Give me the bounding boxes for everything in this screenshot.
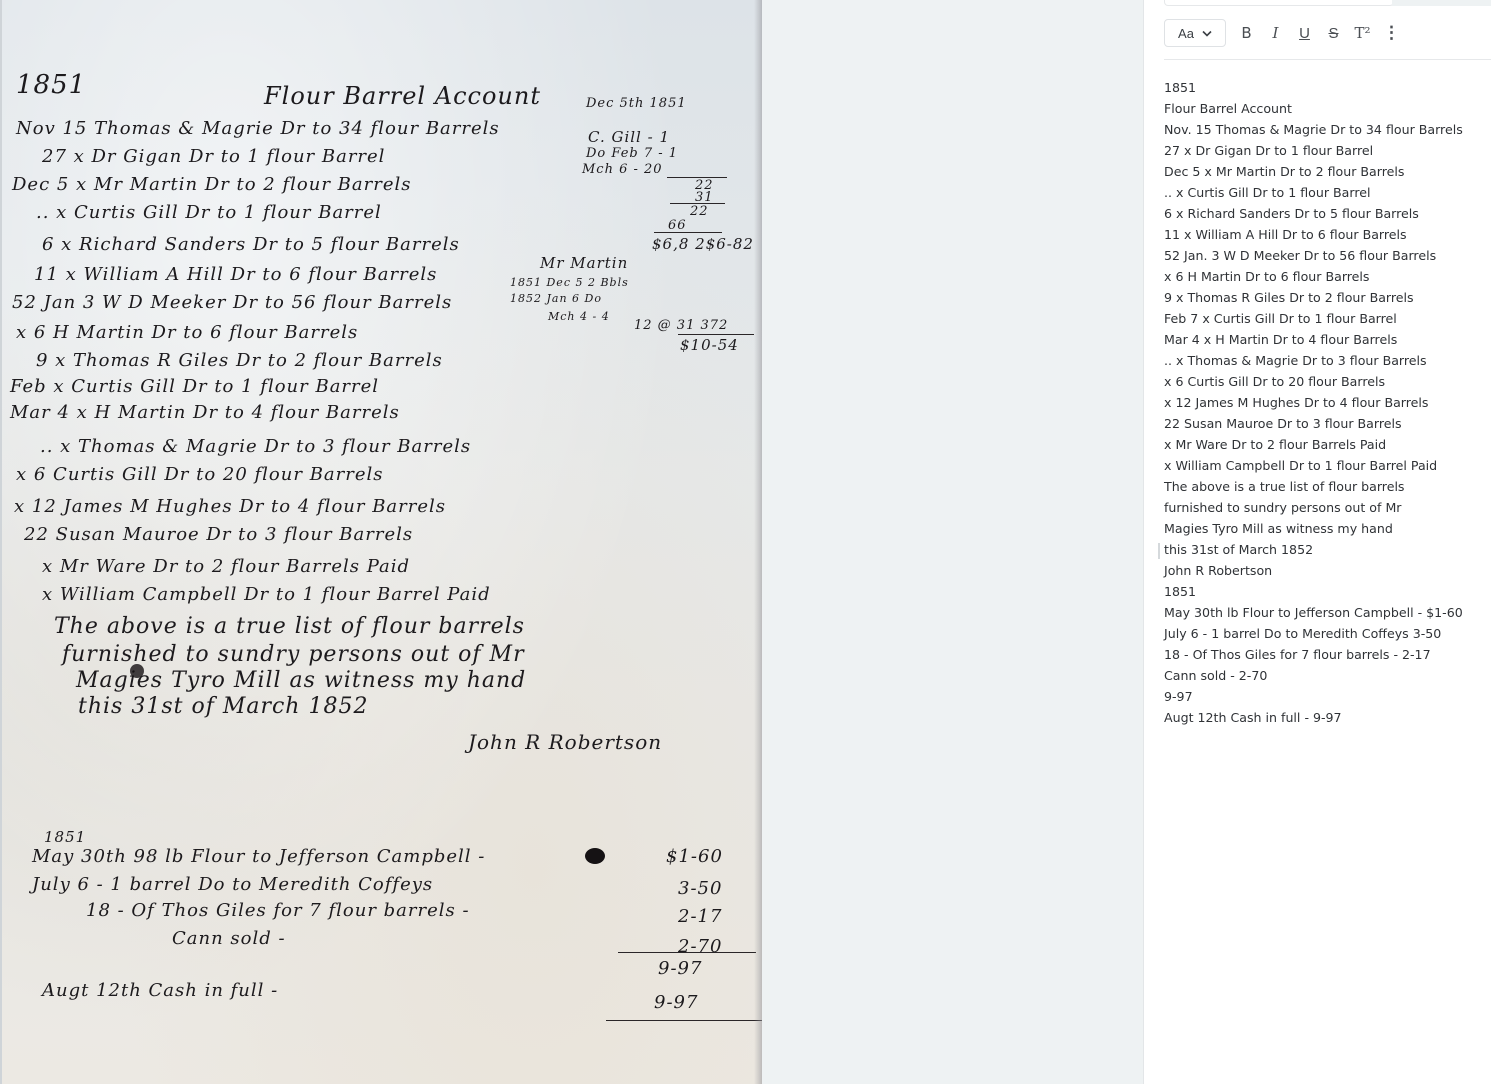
transcription-line: John R Robertson bbox=[1164, 560, 1484, 581]
drag-handle[interactable] bbox=[1158, 543, 1160, 559]
hw-side-note: 12 @ 31 372 bbox=[634, 318, 728, 333]
hw-title: Flour Barrel Account bbox=[264, 82, 541, 110]
hw-line: Feb x Curtis Gill Dr to 1 flour Barrel bbox=[10, 376, 379, 397]
transcription-line: x 6 H Martin Dr to 6 flour Barrels bbox=[1164, 266, 1484, 287]
superscript-icon: T² bbox=[1354, 24, 1370, 42]
hw-line: 9 x Thomas R Giles Dr to 2 flour Barrels bbox=[36, 350, 443, 371]
hw-line: .. x Curtis Gill Dr to 1 flour Barrel bbox=[36, 202, 382, 223]
transcription-editor[interactable]: 1851 Flour Barrel Account Nov. 15 Thomas… bbox=[1164, 77, 1484, 728]
hw-year: 1851 bbox=[16, 70, 86, 100]
transcription-line: Mar 4 x H Martin Dr to 4 flour Barrels bbox=[1164, 329, 1484, 350]
hw-line: 6 x Richard Sanders Dr to 5 flour Barrel… bbox=[42, 234, 460, 255]
hw-side-note: $10-54 bbox=[680, 336, 739, 354]
viewer-gutter bbox=[762, 0, 1143, 1084]
hw-bottom-line: 18 - Of Thos Giles for 7 flour barrels - bbox=[86, 900, 470, 921]
hw-side-note: 66 bbox=[668, 218, 687, 233]
transcription-line: 52 Jan. 3 W D Meeker Dr to 56 flour Barr… bbox=[1164, 245, 1484, 266]
hw-line: x 6 H Martin Dr to 6 flour Barrels bbox=[16, 322, 358, 343]
transcription-line: x Mr Ware Dr to 2 flour Barrels Paid bbox=[1164, 434, 1484, 455]
panel-top-strip bbox=[1392, 0, 1491, 6]
hw-attestation: The above is a true list of flour barrel… bbox=[54, 614, 525, 639]
hw-side-note: Mr Martin bbox=[540, 254, 628, 272]
text-style-select[interactable]: Aa bbox=[1164, 19, 1226, 47]
transcription-line: The above is a true list of flour barrel… bbox=[1164, 476, 1484, 497]
transcription-panel: Aa B I U S T² ⋮ 1851 Flour Barrel Accoun… bbox=[1143, 0, 1491, 1084]
chevron-down-icon bbox=[1202, 30, 1212, 37]
hw-side-note: Mch 4 - 4 bbox=[548, 310, 610, 323]
transcription-line: 9 x Thomas R Giles Dr to 2 flour Barrels bbox=[1164, 287, 1484, 308]
hw-line: 27 x Dr Gigan Dr to 1 flour Barrel bbox=[42, 146, 385, 167]
transcription-line: Magies Tyro Mill as witness my hand bbox=[1164, 518, 1484, 539]
italic-icon: I bbox=[1273, 24, 1279, 42]
strikethrough-icon: S bbox=[1328, 25, 1338, 42]
hw-bottom-line: July 6 - 1 barrel Do to Meredith Coffeys bbox=[32, 874, 433, 895]
hw-line: Dec 5 x Mr Martin Dr to 2 flour Barrels bbox=[12, 174, 411, 195]
transcription-line: .. x Curtis Gill Dr to 1 flour Barrel bbox=[1164, 182, 1484, 203]
hw-line: x William Campbell Dr to 1 flour Barrel … bbox=[42, 584, 491, 605]
hw-bottom-amount: $1-60 bbox=[666, 846, 723, 867]
hw-line: x 12 James M Hughes Dr to 4 flour Barrel… bbox=[14, 496, 446, 517]
transcription-line: Dec 5 x Mr Martin Dr to 2 flour Barrels bbox=[1164, 161, 1484, 182]
hw-bottom-line: May 30th 98 lb Flour to Jefferson Campbe… bbox=[32, 846, 485, 867]
transcription-line: Flour Barrel Account bbox=[1164, 98, 1484, 119]
toolbar-divider bbox=[1164, 59, 1491, 60]
transcription-line: Cann sold - 2-70 bbox=[1164, 665, 1484, 686]
transcription-line: Feb 7 x Curtis Gill Dr to 1 flour Barrel bbox=[1164, 308, 1484, 329]
hw-line: 52 Jan 3 W D Meeker Dr to 56 flour Barre… bbox=[12, 292, 452, 313]
transcription-line: July 6 - 1 barrel Do to Meredith Coffeys… bbox=[1164, 623, 1484, 644]
hw-side-note: 1851 Dec 5 2 Bbls bbox=[510, 276, 629, 289]
hw-line: x Mr Ware Dr to 2 flour Barrels Paid bbox=[42, 556, 410, 577]
hw-line: .. x Thomas & Magrie Dr to 3 flour Barre… bbox=[40, 436, 471, 457]
hw-bottom-year: 1851 bbox=[44, 828, 86, 846]
hw-line: Nov 15 Thomas & Magrie Dr to 34 flour Ba… bbox=[16, 118, 500, 139]
bold-button[interactable]: B bbox=[1232, 19, 1261, 47]
transcription-line: 9-97 bbox=[1164, 686, 1484, 707]
transcription-line: x 6 Curtis Gill Dr to 20 flour Barrels bbox=[1164, 371, 1484, 392]
transcription-line: May 30th lb Flour to Jefferson Campbell … bbox=[1164, 602, 1484, 623]
hw-line: 22 Susan Mauroe Dr to 3 flour Barrels bbox=[24, 524, 413, 545]
transcription-line: 1851 bbox=[1164, 581, 1484, 602]
transcription-line: Nov. 15 Thomas & Magrie Dr to 34 flour B… bbox=[1164, 119, 1484, 140]
hw-side-note: C. Gill - 1 bbox=[588, 128, 670, 146]
superscript-button[interactable]: T² bbox=[1348, 19, 1377, 47]
transcription-line: furnished to sundry persons out of Mr bbox=[1164, 497, 1484, 518]
hw-side-note: 22 bbox=[690, 204, 709, 219]
ink-blot bbox=[585, 848, 605, 864]
hw-bottom-line: Cann sold - bbox=[172, 928, 286, 949]
hw-side-note: Dec 5th 1851 bbox=[586, 96, 687, 111]
hw-bottom-amount: 3-50 bbox=[678, 878, 722, 899]
ink-blot bbox=[130, 664, 144, 678]
manuscript-image: 1851 Flour Barrel Account Nov 15 Thomas … bbox=[0, 0, 762, 1084]
transcription-line: 1851 bbox=[1164, 77, 1484, 98]
transcription-line: 22 Susan Mauroe Dr to 3 flour Barrels bbox=[1164, 413, 1484, 434]
transcription-line: 11 x William A Hill Dr to 6 flour Barrel… bbox=[1164, 224, 1484, 245]
hw-bottom-amount: 9-97 bbox=[658, 958, 702, 979]
transcription-line: this 31st of March 1852 bbox=[1164, 539, 1484, 560]
strikethrough-button[interactable]: S bbox=[1319, 19, 1348, 47]
hw-bottom-amount: 2-17 bbox=[678, 906, 722, 927]
hw-side-note: Mch 6 - 20 bbox=[582, 162, 663, 177]
hw-signature: John R Robertson bbox=[468, 730, 662, 754]
text-style-label: Aa bbox=[1178, 26, 1194, 41]
more-options-button[interactable]: ⋮ bbox=[1377, 19, 1406, 47]
hw-bottom-line: Augt 12th Cash in full - bbox=[42, 980, 278, 1001]
hw-line: 11 x William A Hill Dr to 6 flour Barrel… bbox=[34, 264, 437, 285]
hw-attestation: this 31st of March 1852 bbox=[78, 694, 368, 719]
hw-side-note: Do Feb 7 - 1 bbox=[586, 146, 678, 161]
hw-side-note: 1852 Jan 6 Do bbox=[510, 292, 602, 305]
transcription-line: x William Campbell Dr to 1 flour Barrel … bbox=[1164, 455, 1484, 476]
hw-side-note: $6,8 2$6-82 bbox=[652, 235, 754, 253]
kebab-menu-icon: ⋮ bbox=[1383, 23, 1400, 43]
hw-attestation: furnished to sundry persons out of Mr bbox=[62, 642, 525, 667]
hw-line: x 6 Curtis Gill Dr to 20 flour Barrels bbox=[16, 464, 384, 485]
italic-button[interactable]: I bbox=[1261, 19, 1290, 47]
transcription-line: Augt 12th Cash in full - 9-97 bbox=[1164, 707, 1484, 728]
bold-icon: B bbox=[1241, 24, 1251, 42]
transcription-line: 6 x Richard Sanders Dr to 5 flour Barrel… bbox=[1164, 203, 1484, 224]
hw-bottom-amount: 2-70 bbox=[678, 936, 722, 957]
transcription-line: 27 x Dr Gigan Dr to 1 flour Barrel bbox=[1164, 140, 1484, 161]
hw-bottom-amount: 9-97 bbox=[654, 992, 698, 1013]
transcription-line: x 12 James M Hughes Dr to 4 flour Barrel… bbox=[1164, 392, 1484, 413]
transcription-line: 18 - Of Thos Giles for 7 flour barrels -… bbox=[1164, 644, 1484, 665]
underline-button[interactable]: U bbox=[1290, 19, 1319, 47]
transcription-line: .. x Thomas & Magrie Dr to 3 flour Barre… bbox=[1164, 350, 1484, 371]
hw-line: Mar 4 x H Martin Dr to 4 flour Barrels bbox=[10, 402, 400, 423]
editor-toolbar: Aa B I U S T² ⋮ bbox=[1164, 18, 1406, 48]
title-field[interactable] bbox=[1164, 0, 1394, 6]
underline-icon: U bbox=[1299, 25, 1310, 42]
